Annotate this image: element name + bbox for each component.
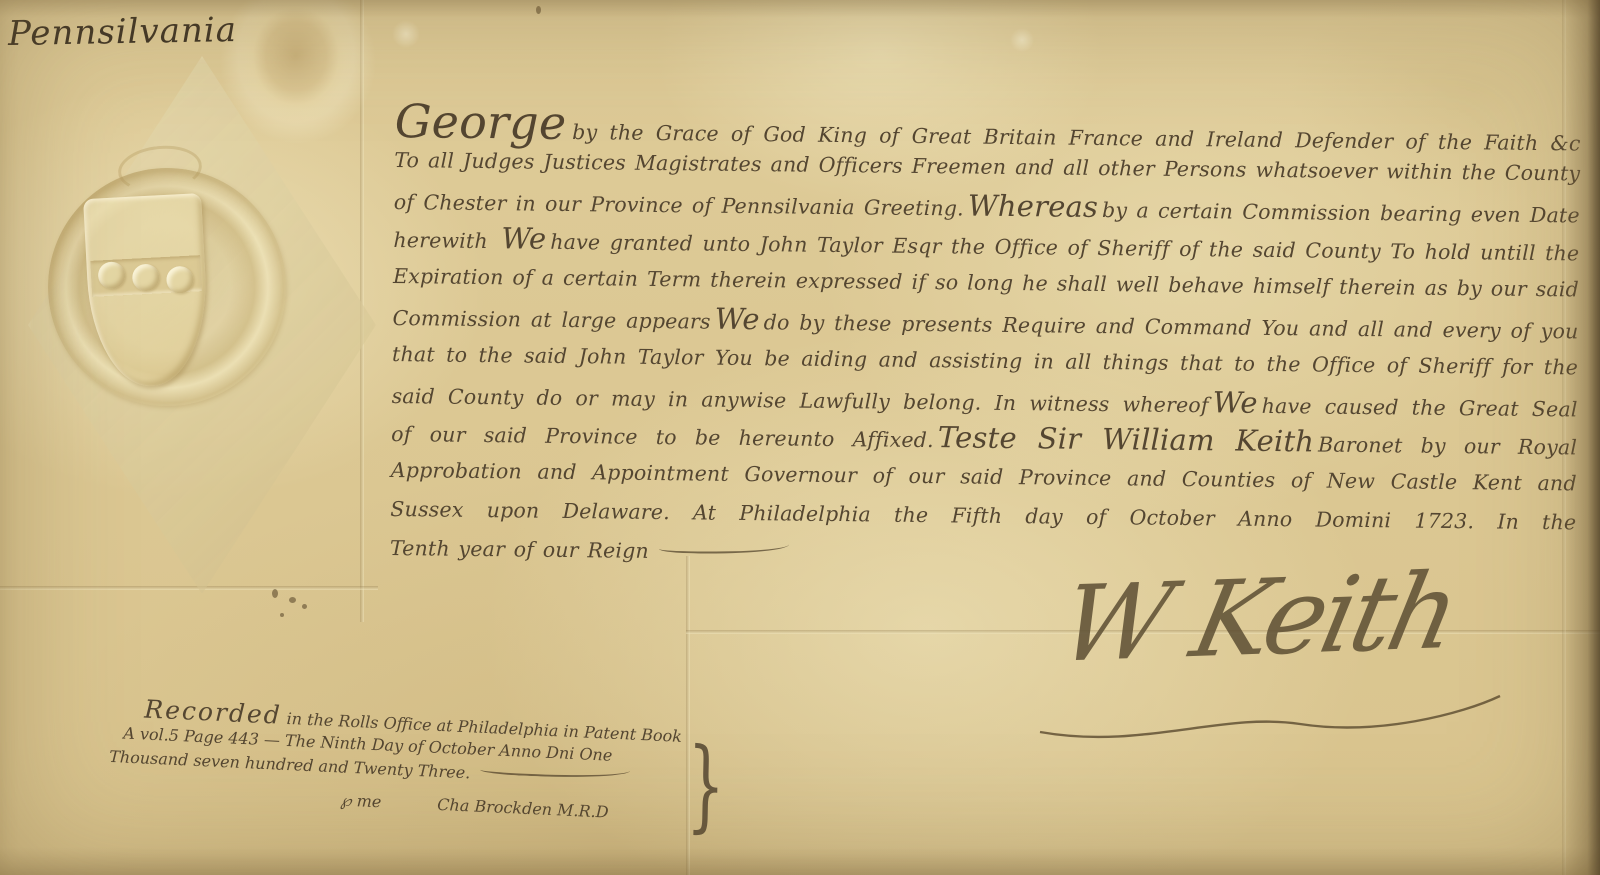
signature-flourish (1032, 684, 1512, 754)
parchment-hole (280, 613, 284, 617)
pen-flourish (659, 539, 789, 554)
parchment-hole (272, 589, 278, 598)
parchment-hole (289, 597, 296, 603)
province-label: Pennsilvania (8, 10, 238, 54)
ink-stain (238, 0, 354, 122)
fold-crease-left-horizontal (0, 586, 378, 590)
closing-brace: } (686, 734, 726, 836)
main-text: Georgeby the Grace of God King of Great … (390, 102, 1581, 581)
photographed-document: Pennsilvania Georgeby the Grace of God K… (0, 0, 1600, 875)
recording-note: Recorded in the Rolls Office at Philadel… (107, 696, 711, 829)
parchment-hole (536, 6, 541, 14)
governor-signature-block: W Keith (1032, 556, 1512, 756)
parchment-hole (302, 604, 307, 609)
pale-spot (392, 20, 420, 48)
signature-w-keith: W Keith (1050, 549, 1466, 686)
parchment-sheet: Pennsilvania Georgeby the Grace of God K… (0, 0, 1600, 875)
pale-spot (1010, 28, 1034, 52)
